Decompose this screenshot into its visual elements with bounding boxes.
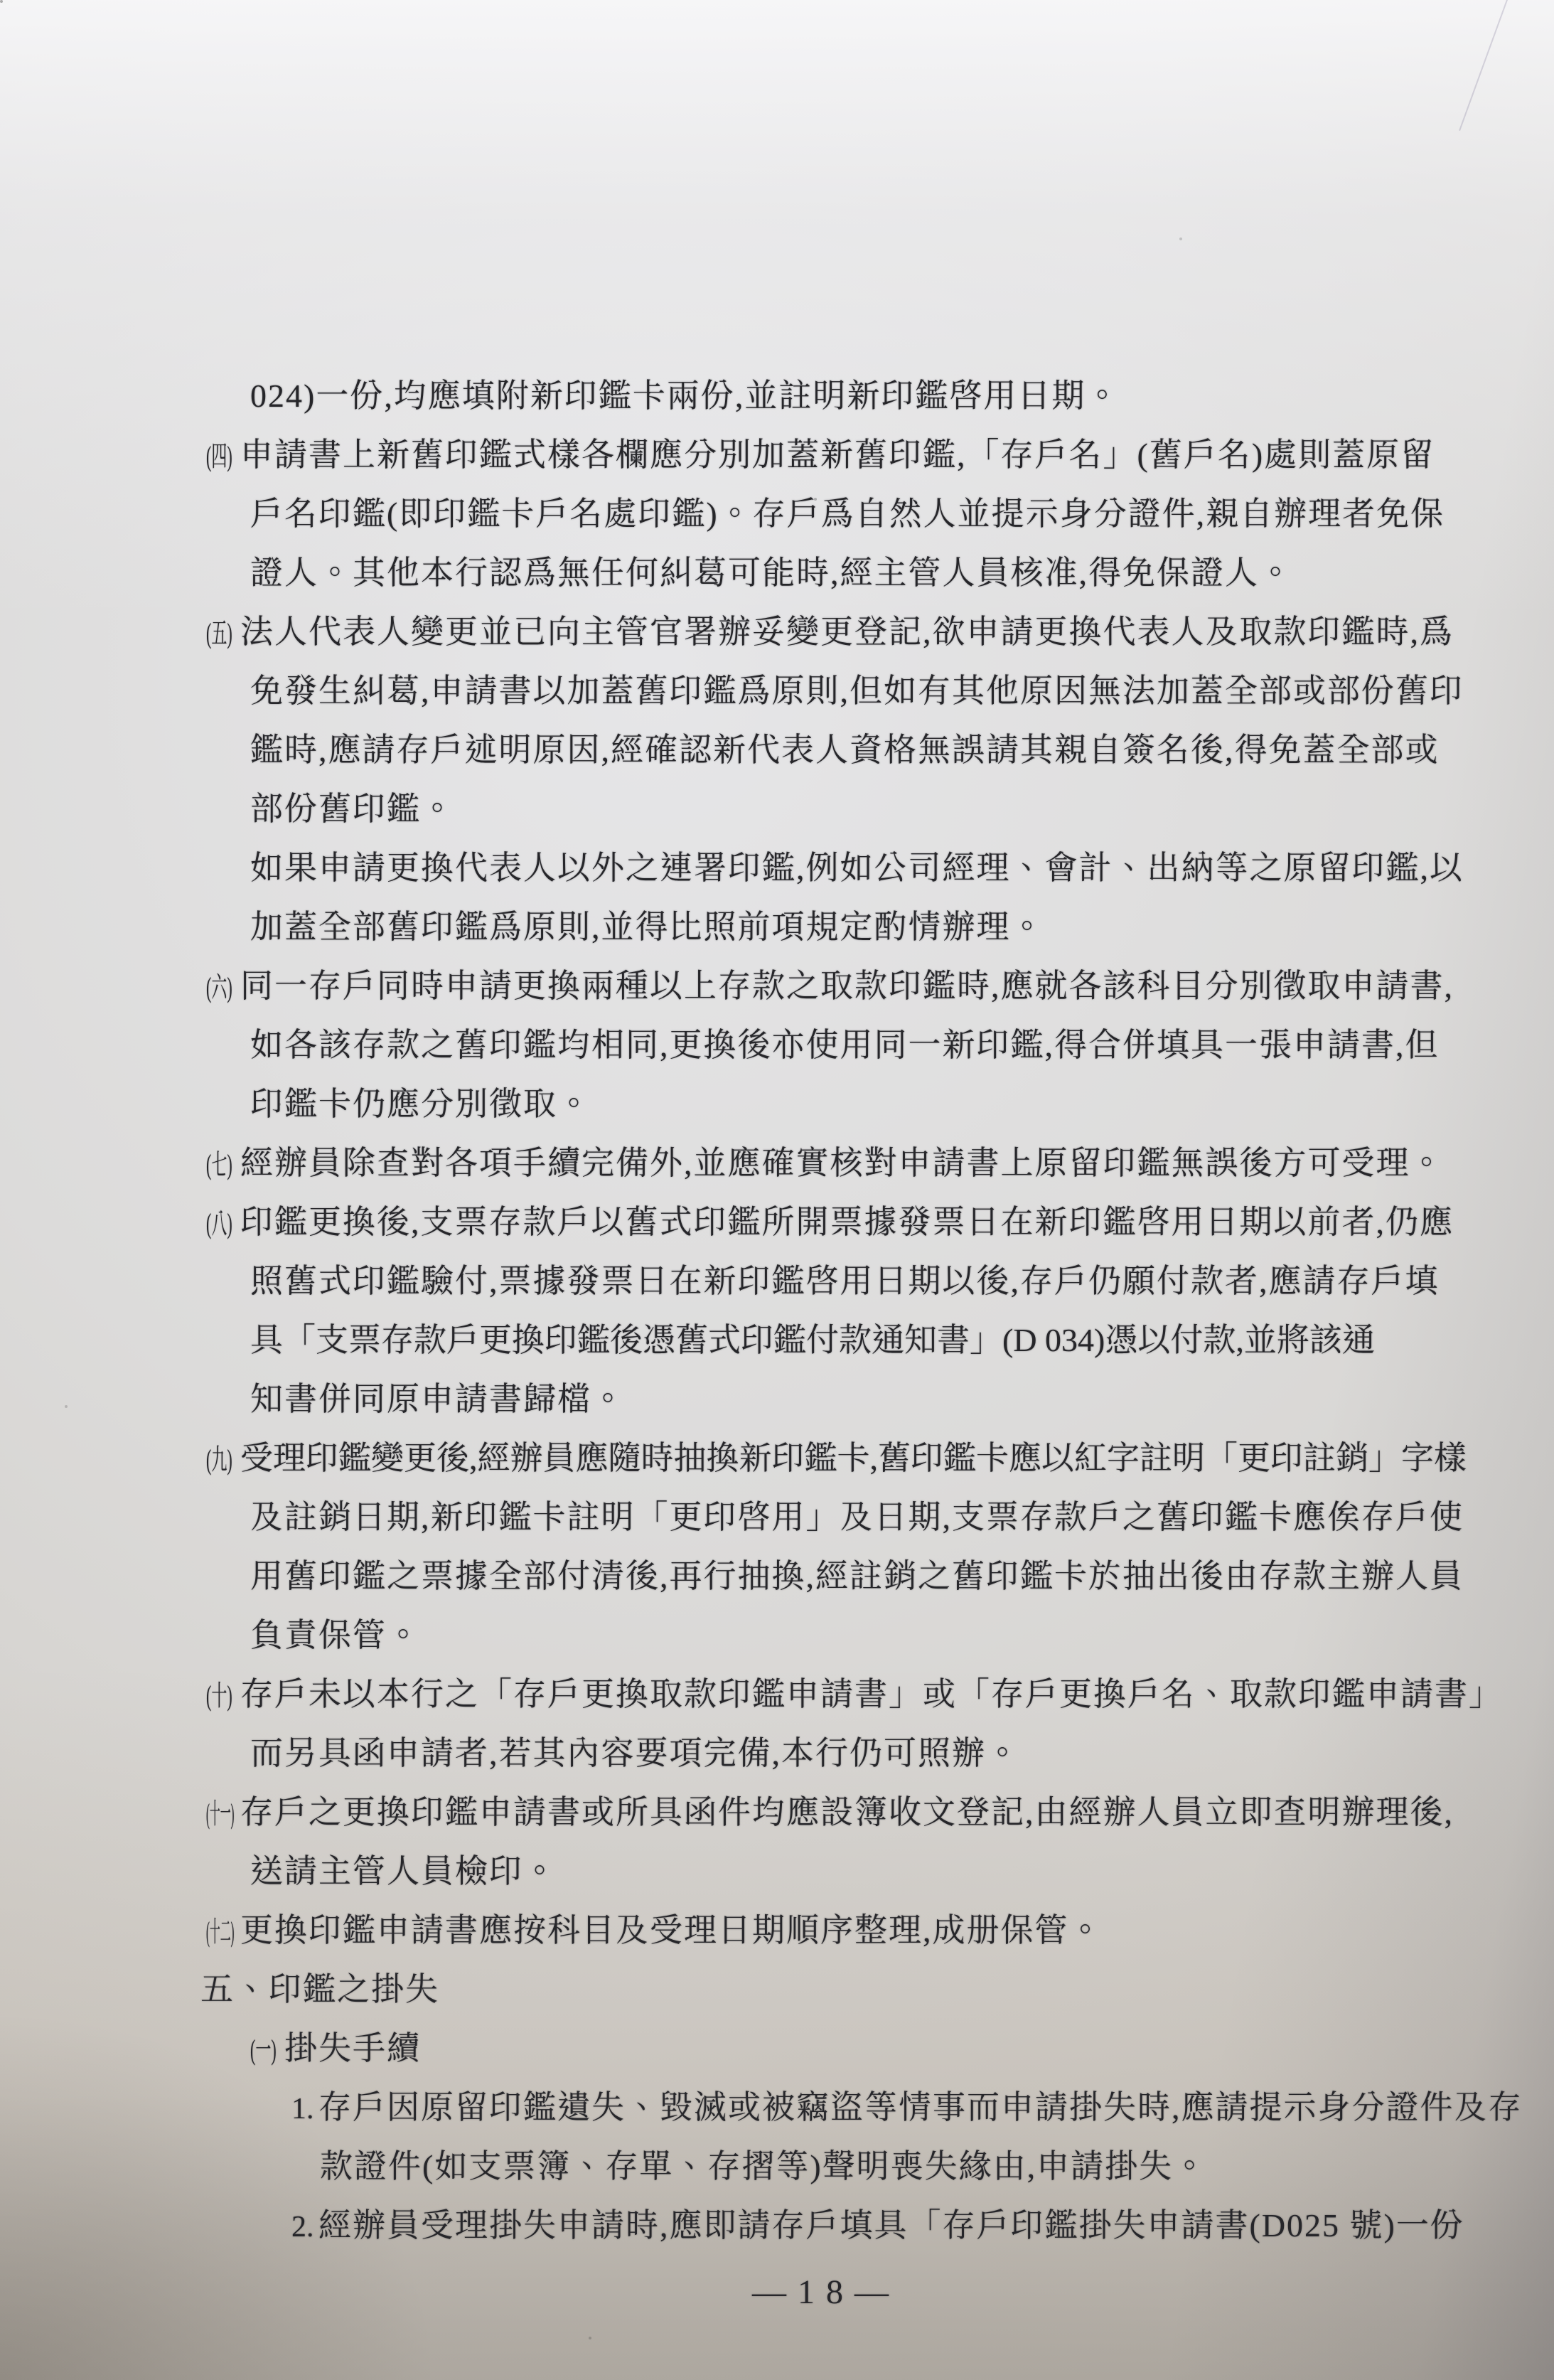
line-text: 經辦員受理掛失申請時,應即請存戶填具「存戶印鑑掛失申請書(D025 號)一份 [318, 2207, 1464, 2243]
item-number-marker-glyph: (六) [206, 958, 232, 1017]
line-text: 024)一份,均應填附新印鑑卡兩份,並註明新印鑑啓用日期。 [250, 378, 1120, 414]
text-line: 及註銷日期,新印鑑卡註明「更印啓用」及日期,支票存款戶之舊印鑑卡應俟存戶使 [0, 1488, 1554, 1547]
line-text: 經辦員除查對各項手續完備外,並應確實核對申請書上原留印鑑無誤後方可受理。 [240, 1145, 1445, 1181]
item-number-marker-glyph: (十一) [206, 1784, 234, 1843]
item-number-marker: (一) [250, 2019, 284, 2079]
line-text: 鑑時,應請存戶述明原因,經確認新代表人資格無誤請其親自簽名後,得免蓋全部或 [250, 732, 1440, 768]
line-text: 五、印鑑之掛失 [200, 1971, 439, 2007]
text-line: 證人。其他本行認爲無任何糾葛可能時,經主管人員核准,得免保證人。 [0, 543, 1554, 602]
text-line: (九)受理印鑑變更後,經辦員應隨時抽換新印鑑卡,舊印鑑卡應以紅字註明「更印註銷」… [0, 1429, 1554, 1488]
line-text: 用舊印鑑之票據全部付清後,再行抽換,經註銷之舊印鑑卡於抽出後由存款主辦人員 [250, 1558, 1464, 1594]
line-text: 存戶未以本行之「存戶更換取款印鑑申請書」或「存戶更換戶名、取款印鑑申請書」 [240, 1676, 1503, 1712]
line-text: 款證件(如支票簿、存單、存摺等)聲明喪失緣由,申請掛失。 [320, 2148, 1207, 2184]
text-line: (十二)更換印鑑申請書應按科目及受理日期順序整理,成册保管。 [0, 1901, 1554, 1960]
line-text: 部份舊印鑑。 [250, 791, 455, 827]
line-text: 加蓋全部舊印鑑爲原則,並得比照前項規定酌情辦理。 [250, 909, 1045, 945]
item-number-marker: (五) [206, 602, 240, 663]
text-line: 款證件(如支票簿、存單、存摺等)聲明喪失緣由,申請掛失。 [0, 2137, 1554, 2196]
item-number-marker-glyph: (七) [206, 1135, 232, 1194]
text-line: 照舊式印鑑驗付,票據發票日在新印鑑啓用日期以後,存戶仍願付款者,應請存戶填 [0, 1252, 1554, 1311]
line-text: 照舊式印鑑驗付,票據發票日在新印鑑啓用日期以後,存戶仍願付款者,應請存戶填 [250, 1263, 1440, 1299]
text-line: (十)存戶未以本行之「存戶更換取款印鑑申請書」或「存戶更換戶名、取款印鑑申請書」 [0, 1665, 1554, 1724]
line-text: 而另具函申請者,若其內容要項完備,本行仍可照辦。 [250, 1735, 1020, 1771]
line-text: 印鑑卡仍應分別徵取。 [250, 1086, 591, 1122]
text-line: 2.經辦員受理掛失申請時,應即請存戶填具「存戶印鑑掛失申請書(D025 號)一份 [0, 2196, 1554, 2255]
line-text: 存戶之更換印鑑申請書或所具函件均應設簿收文登記,由經辦人員立即查明辦理後, [240, 1794, 1454, 1830]
list-number: 2. [291, 2198, 318, 2257]
text-line: (四)申請書上新舊印鑑式樣各欄應分別加蓋新舊印鑑,「存戶名」(舊戶名)處則蓋原留 [0, 425, 1554, 484]
line-text: 知書併同原申請書歸檔。 [250, 1381, 626, 1417]
item-number-marker: (七) [206, 1133, 240, 1194]
item-number-marker: (十二) [206, 1901, 240, 1961]
subsection-heading: (一)掛失手續 [0, 2019, 1554, 2078]
item-number-marker-glyph: (四) [206, 427, 232, 486]
text-line: 具「支票存款戶更換印鑑後憑舊式印鑑付款通知書」(D 034)憑以付款,並將該通 [0, 1311, 1554, 1370]
text-line: 印鑑卡仍應分別徵取。 [0, 1074, 1554, 1133]
item-number-marker: (六) [206, 956, 240, 1017]
text-line: (十一)存戶之更換印鑑申請書或所具函件均應設簿收文登記,由經辦人員立即查明辦理後… [0, 1783, 1554, 1842]
line-text: 印鑑更換後,支票存款戶以舊式印鑑所開票據發票日在新印鑑啓用日期以前者,仍應 [240, 1204, 1454, 1240]
line-text: 負責保管。 [250, 1617, 421, 1653]
text-line: 024)一份,均應填附新印鑑卡兩份,並註明新印鑑啓用日期。 [0, 366, 1554, 425]
text-line: 知書併同原申請書歸檔。 [0, 1370, 1554, 1429]
text-line: (八)印鑑更換後,支票存款戶以舊式印鑑所開票據發票日在新印鑑啓用日期以前者,仍應 [0, 1192, 1554, 1252]
list-number: 1. [291, 2080, 318, 2139]
section-heading: 五、印鑑之掛失 [0, 1960, 1554, 2019]
text-line: 1.存戶因原留印鑑遺失、毀滅或被竊盜等情事而申請掛失時,應請提示身分證件及存 [0, 2078, 1554, 2137]
text-line: 加蓋全部舊印鑑爲原則,並得比照前項規定酌情辦理。 [0, 897, 1554, 956]
line-text: 如各該存款之舊印鑑均相同,更換後亦使用同一新印鑑,得合併填具一張申請書,但 [250, 1027, 1440, 1063]
line-text: 存戶因原留印鑑遺失、毀滅或被竊盜等情事而申請掛失時,應請提示身分證件及存 [318, 2089, 1523, 2125]
text-line: 送請主管人員檢印。 [0, 1842, 1554, 1901]
item-number-marker-glyph: (十) [206, 1666, 232, 1725]
line-text: 具「支票存款戶更換印鑑後憑舊式印鑑付款通知書」(D 034)憑以付款,並將該通 [250, 1322, 1375, 1358]
text-line: 戶名印鑑(即印鑑卡戶名處印鑑)。存戶爲自然人並提示身分證件,親自辦理者免保 [0, 484, 1554, 543]
line-text: 戶名印鑑(即印鑑卡戶名處印鑑)。存戶爲自然人並提示身分證件,親自辦理者免保 [250, 496, 1445, 532]
text-line: 鑑時,應請存戶述明原因,經確認新代表人資格無誤請其親自簽名後,得免蓋全部或 [0, 720, 1554, 779]
line-text: 送請主管人員檢印。 [250, 1853, 557, 1889]
item-number-marker-glyph: (十二) [206, 1902, 234, 1961]
text-line: 而另具函申請者,若其內容要項完備,本行仍可照辦。 [0, 1724, 1554, 1783]
line-text: 受理印鑑變更後,經辦員應隨時抽換新印鑑卡,舊印鑑卡應以紅字註明「更印註銷」字樣 [240, 1440, 1467, 1476]
text-line: (五)法人代表人變更並已向主管官署辦妥變更登記,欲申請更換代表人及取款印鑑時,爲 [0, 602, 1554, 661]
page-number: —18— [752, 2273, 900, 2312]
item-number-marker-glyph: (八) [206, 1194, 232, 1253]
text-line: 用舊印鑑之票據全部付清後,再行抽換,經註銷之舊印鑑卡於抽出後由存款主辦人員 [0, 1547, 1554, 1606]
text-line: (六)同一存戶同時申請更換兩種以上存款之取款印鑑時,應就各該科目分別徵取申請書, [0, 956, 1554, 1015]
text-line: (七)經辦員除查對各項手續完備外,並應確實核對申請書上原留印鑑無誤後方可受理。 [0, 1133, 1554, 1192]
text-line: 如果申請更換代表人以外之連署印鑑,例如公司經理、會計、出納等之原留印鑑,以 [0, 838, 1554, 897]
item-number-marker: (九) [206, 1429, 240, 1489]
text-line: 部份舊印鑑。 [0, 779, 1554, 838]
document-body: 024)一份,均應填附新印鑑卡兩份,並註明新印鑑啓用日期。(四)申請書上新舊印鑑… [0, 0, 1554, 2255]
item-number-marker: (十一) [206, 1783, 240, 1843]
line-text: 及註銷日期,新印鑑卡註明「更印啓用」及日期,支票存款戶之舊印鑑卡應俟存戶使 [250, 1499, 1464, 1535]
line-text: 證人。其他本行認爲無任何糾葛可能時,經主管人員核准,得免保證人。 [250, 555, 1293, 591]
line-text: 法人代表人變更並已向主管官署辦妥變更登記,欲申請更換代表人及取款印鑑時,爲 [240, 614, 1454, 650]
item-number-marker: (八) [206, 1192, 240, 1253]
text-line: 免發生糾葛,申請書以加蓋舊印鑑爲原則,但如有其他原因無法加蓋全部或部份舊印 [0, 661, 1554, 720]
text-line: 負責保管。 [0, 1606, 1554, 1665]
line-text: 如果申請更換代表人以外之連署印鑑,例如公司經理、會計、出納等之原留印鑑,以 [250, 850, 1464, 886]
line-text: 同一存戶同時申請更換兩種以上存款之取款印鑑時,應就各該科目分別徵取申請書, [240, 968, 1454, 1004]
line-text: 更換印鑑申請書應按科目及受理日期順序整理,成册保管。 [240, 1912, 1103, 1948]
text-line: 如各該存款之舊印鑑均相同,更換後亦使用同一新印鑑,得合併填具一張申請書,但 [0, 1015, 1554, 1074]
item-number-marker: (四) [206, 425, 240, 486]
item-number-marker-glyph: (五) [206, 604, 232, 663]
item-number-marker-glyph: (一) [250, 2020, 277, 2079]
line-text: 免發生糾葛,申請書以加蓋舊印鑑爲原則,但如有其他原因無法加蓋全部或部份舊印 [250, 673, 1464, 709]
line-text: 申請書上新舊印鑑式樣各欄應分別加蓋新舊印鑑,「存戶名」(舊戶名)處則蓋原留 [240, 437, 1435, 473]
scanned-page: 024)一份,均應填附新印鑑卡兩份,並註明新印鑑啓用日期。(四)申請書上新舊印鑑… [0, 0, 1554, 2380]
item-number-marker-glyph: (九) [206, 1430, 232, 1489]
line-text: 掛失手續 [284, 2030, 421, 2066]
item-number-marker: (十) [206, 1665, 240, 1725]
